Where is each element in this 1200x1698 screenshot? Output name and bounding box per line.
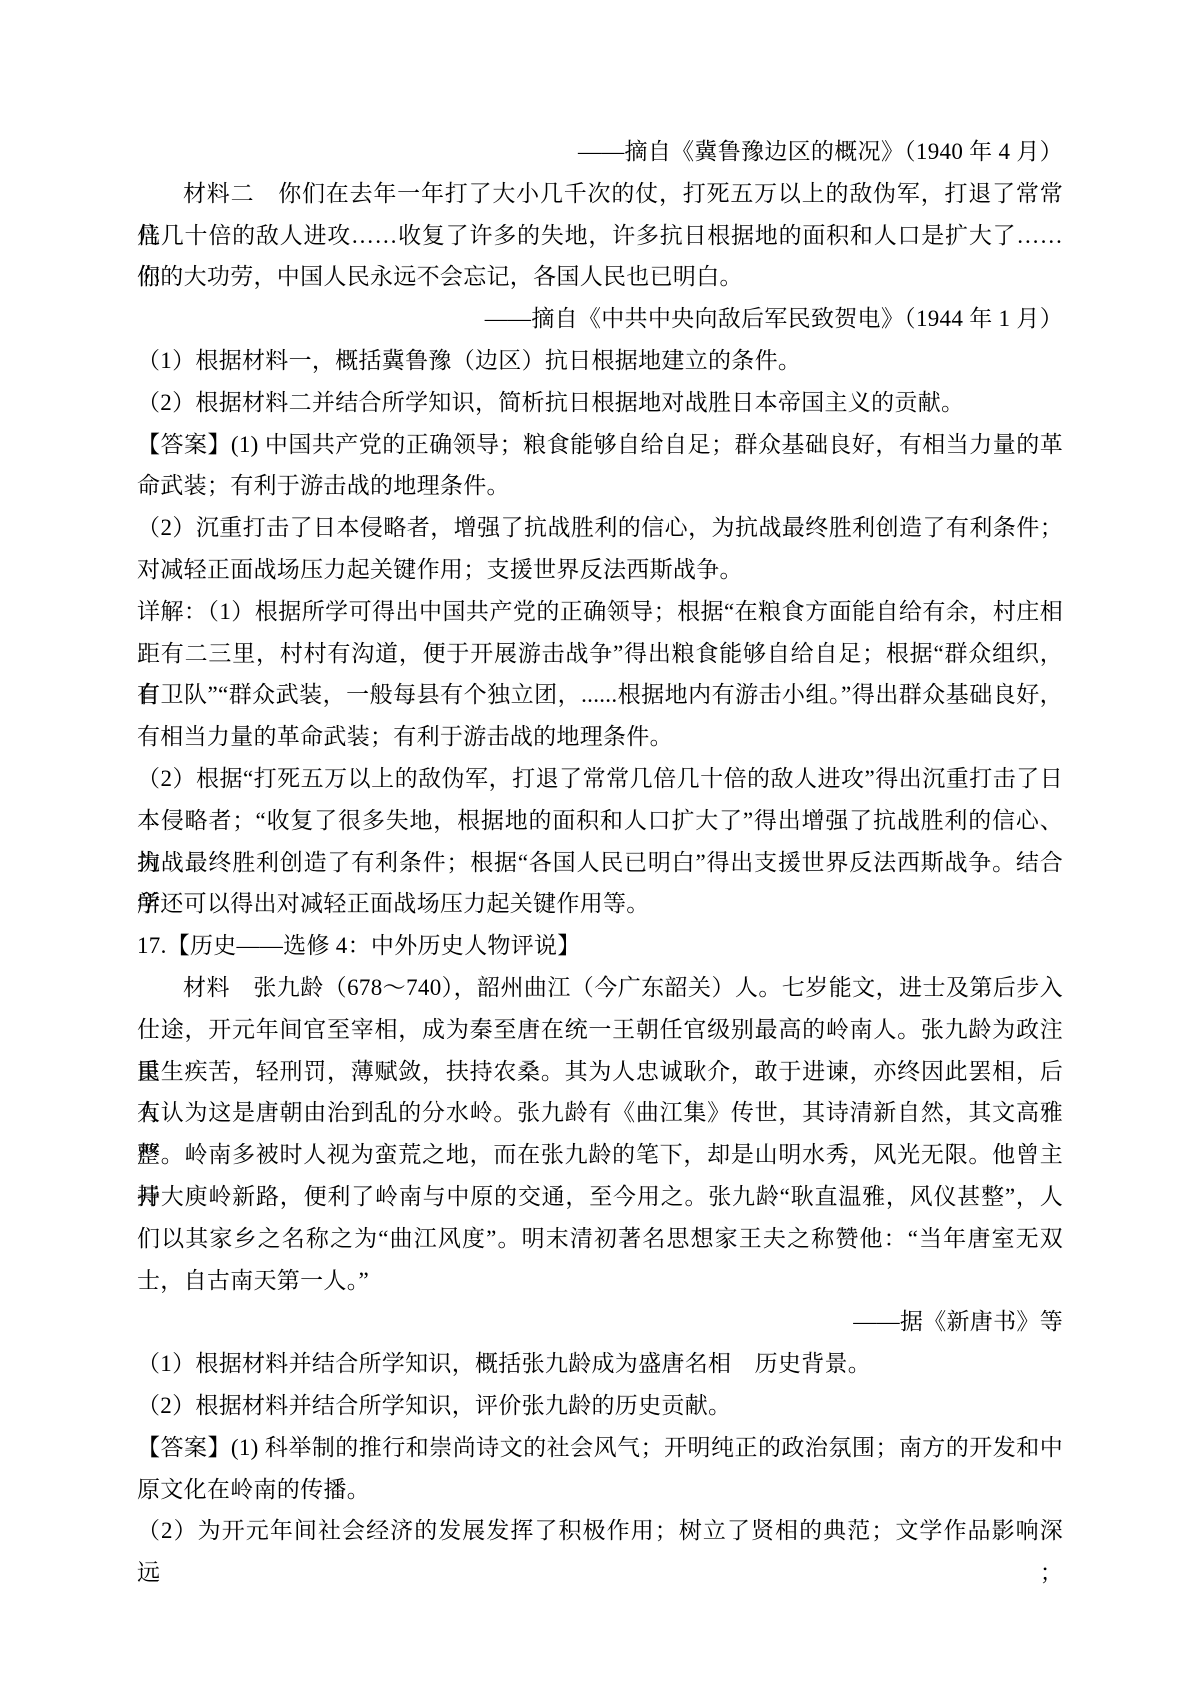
text-line: 倍几十倍的敌人进攻……收复了许多的失地，许多抗日根据地的面积和人口是扩大了……你 [137,215,1063,257]
text-line: 民生疾苦，轻刑罚，薄赋敛，扶持农桑。其为人忠诚耿介，敢于进谏，亦终因此罢相，后有 [137,1051,1063,1093]
text-line: 士，自古南天第一人。” [137,1260,1063,1302]
text-line: 开大庾岭新路，便利了岭南与中原的交通，至今用之。张九龄“耿直温雅，风仪甚整”，人 [137,1176,1063,1218]
text-line: 有相当力量的革命武装；有利于游击战的地理条件。 [137,716,1063,758]
text-line: （1）根据材料并结合所学知识，概括张九龄成为盛唐名相 历史背景。 [137,1343,1063,1385]
text-line: 材料二 你们在去年一年打了大小几千次的仗，打死五万以上的敌伪军，打退了常常几 [137,173,1063,215]
text-line: 【答案】(1) 科举制的推行和崇尚诗文的社会风气；开明纯正的政治氛围；南方的开发… [137,1427,1063,1469]
text-line: 原文化在岭南的传播。 [137,1469,1063,1511]
text-line: 自卫队”“群众武装，一般每县有个独立团，......根据地内有游击小组。”得出群… [137,674,1063,716]
text-line: 学还可以得出对减轻正面战场压力起关键作用等。 [137,883,1063,925]
text-line: 【答案】(1) 中国共产党的正确领导；粮食能够自给自足；群众基础良好，有相当力量… [137,424,1063,466]
text-line: 对减轻正面战场压力起关键作用；支援世界反法西斯战争。 [137,549,1063,591]
text-line: （2）根据“打死五万以上的敌伪军，打退了常常几倍几十倍的敌人进攻”得出沉重打击了… [137,758,1063,800]
text-line: （1）根据材料一，概括冀鲁豫（边区）抗日根据地建立的条件。 [137,340,1063,382]
text-line: ——摘自《冀鲁豫边区的概况》（1940 年 4 月） [137,131,1063,173]
document-page: ——摘自《冀鲁豫边区的概况》（1940 年 4 月）材料二 你们在去年一年打了大… [0,0,1200,1698]
text-line: 们的大功劳，中国人民永远不会忘记，各国人民也已明白。 [137,256,1063,298]
text-line: 人认为这是唐朝由治到乱的分水岭。张九龄有《曲江集》传世，其诗清新自然，其文高雅严 [137,1092,1063,1134]
text-line: 材料 张九龄（678～740），韶州曲江（今广东韶关）人。七岁能文，进士及第后步… [137,967,1063,1009]
text-line: （2）根据材料并结合所学知识，评价张九龄的历史贡献。 [137,1385,1063,1427]
text-line: 仕途，开元年间官至宰相，成为秦至唐在统一王朝任官级别最高的岭南人。张九龄为政注重 [137,1009,1063,1051]
text-line: （2）根据材料二并结合所学知识，简析抗日根据地对战胜日本帝国主义的贡献。 [137,382,1063,424]
text-line: 详解：（1）根据所学可得出中国共产党的正确领导；根据“在粮食方面能自给有余，村庄… [137,591,1063,633]
text-line: 们以其家乡之名称之为“曲江风度”。明末清初著名思想家王夫之称赞他：“当年唐室无双 [137,1218,1063,1260]
text-line: 17.【历史——选修 4：中外历史人物评说】 [137,925,1063,967]
text-line: 本侵略者；“收复了很多失地，根据地的面积和人口扩大了”得出增强了抗战胜利的信心、… [137,800,1063,842]
text-line: （2）沉重打击了日本侵略者，增强了抗战胜利的信心，为抗战最终胜利创造了有利条件； [137,507,1063,549]
text-line: ——据《新唐书》等 [137,1301,1063,1343]
text-line: （2）为开元年间社会经济的发展发挥了积极作用；树立了贤相的典范；文学作品影响深远… [137,1510,1063,1552]
text-line: 抗战最终胜利创造了有利条件；根据“各国人民已明白”得出支援世界反法西斯战争。结合… [137,842,1063,884]
document-body: ——摘自《冀鲁豫边区的概况》（1940 年 4 月）材料二 你们在去年一年打了大… [137,131,1063,1552]
text-line: 距有二三里，村村有沟道，便于开展游击战争”得出粮食能够自给自足；根据“群众组织，… [137,633,1063,675]
text-line: 整。岭南多被时人视为蛮荒之地，而在张九龄的笔下，却是山明水秀，风光无限。他曾主持 [137,1134,1063,1176]
text-line: ——摘自《中共中央向敌后军民致贺电》（1944 年 1 月） [137,298,1063,340]
text-line: 命武装；有利于游击战的地理条件。 [137,465,1063,507]
